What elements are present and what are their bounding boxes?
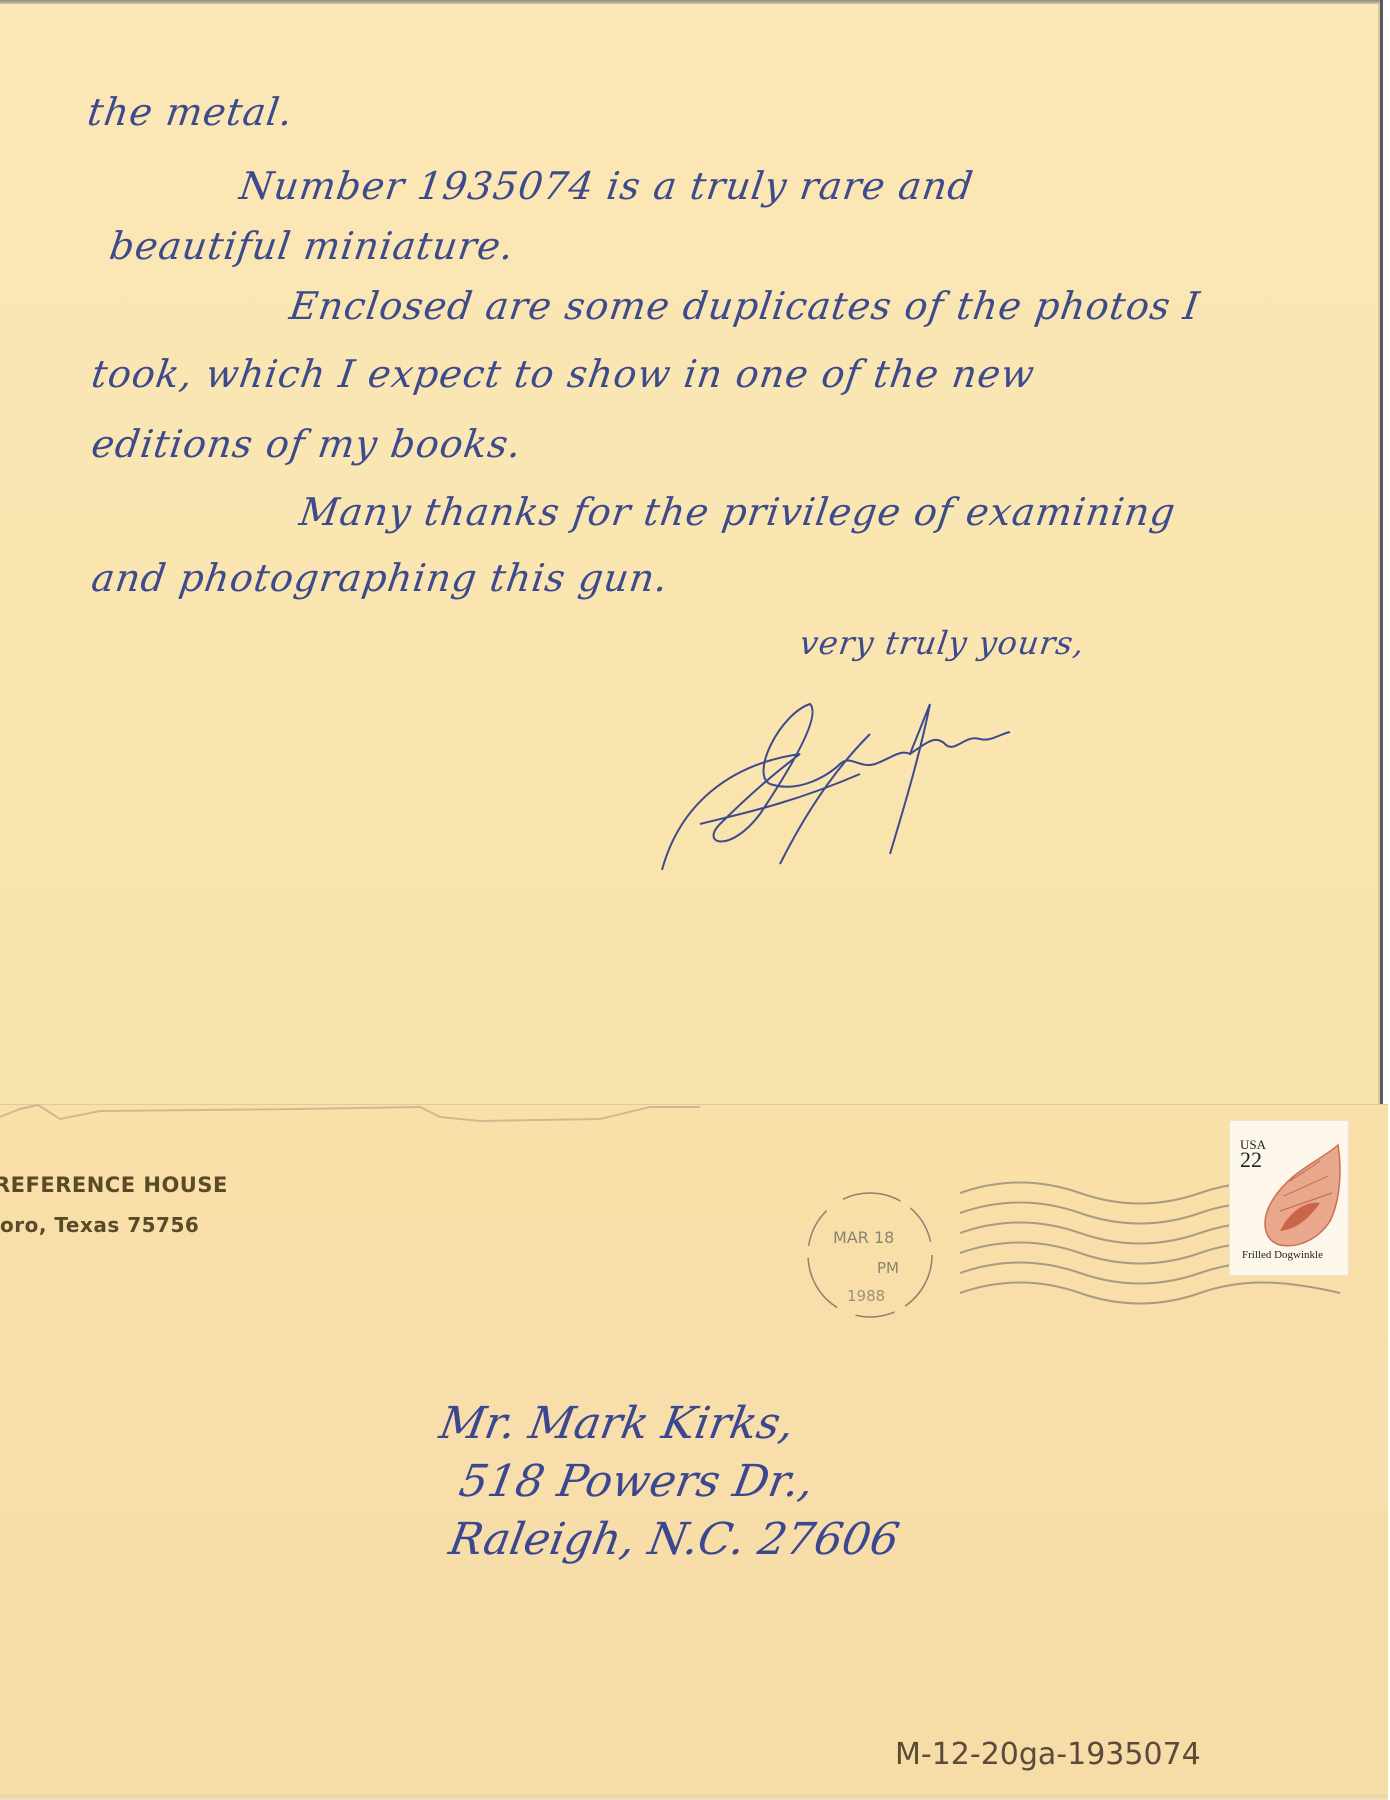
catalog-note: M-12-20ga-1935074 — [895, 1737, 1201, 1772]
letter-line-2: Number 1935074 is a truly rare and — [237, 164, 976, 208]
torn-flap-edge — [0, 1095, 700, 1135]
postmark-year: 1988 — [847, 1287, 885, 1305]
letter-line-6: editions of my books. — [89, 422, 525, 466]
recipient-address: Mr. Mark Kirks, 518 Powers Dr., Raleigh,… — [415, 1395, 924, 1569]
postmark-time: PM — [877, 1259, 899, 1277]
seashell-icon — [1250, 1141, 1345, 1251]
letter-line-8: and photographing this gun. — [89, 556, 671, 600]
return-address-line-1: REFERENCE HOUSE — [0, 1165, 228, 1205]
postmark: MAR 18 PM 1988 — [795, 1185, 945, 1335]
recipient-name: Mr. Mark Kirks, — [435, 1395, 924, 1453]
stamp-caption: Frilled Dogwinkle — [1242, 1249, 1323, 1261]
letter-line-4: Enclosed are some duplicates of the phot… — [287, 284, 1203, 328]
envelope-bottom-edge — [0, 1795, 1388, 1800]
letter-line-5: took, which I expect to show in one of t… — [89, 352, 1038, 396]
letter-line-7: Many thanks for the privilege of examini… — [297, 490, 1179, 534]
handwritten-letter-page: the metal. Number 1935074 is a truly rar… — [0, 4, 1380, 1104]
recipient-city: Raleigh, N.C. 27606 — [445, 1511, 904, 1569]
letter-line-1: the metal. — [85, 90, 296, 134]
return-address-line-2: oro, Texas 75756 — [0, 1205, 228, 1245]
postmark-date: MAR 18 — [833, 1228, 894, 1247]
postage-stamp: USA 22 Frilled Dogwinkle — [1230, 1121, 1348, 1275]
envelope: REFERENCE HOUSE oro, Texas 75756 MAR 18 … — [0, 1104, 1388, 1800]
signature — [660, 694, 1080, 894]
letter-closing: very truly yours, — [797, 624, 1087, 662]
letter-line-3: beautiful miniature. — [107, 224, 517, 268]
return-address: REFERENCE HOUSE oro, Texas 75756 — [0, 1165, 228, 1245]
recipient-street: 518 Powers Dr., — [455, 1453, 914, 1511]
